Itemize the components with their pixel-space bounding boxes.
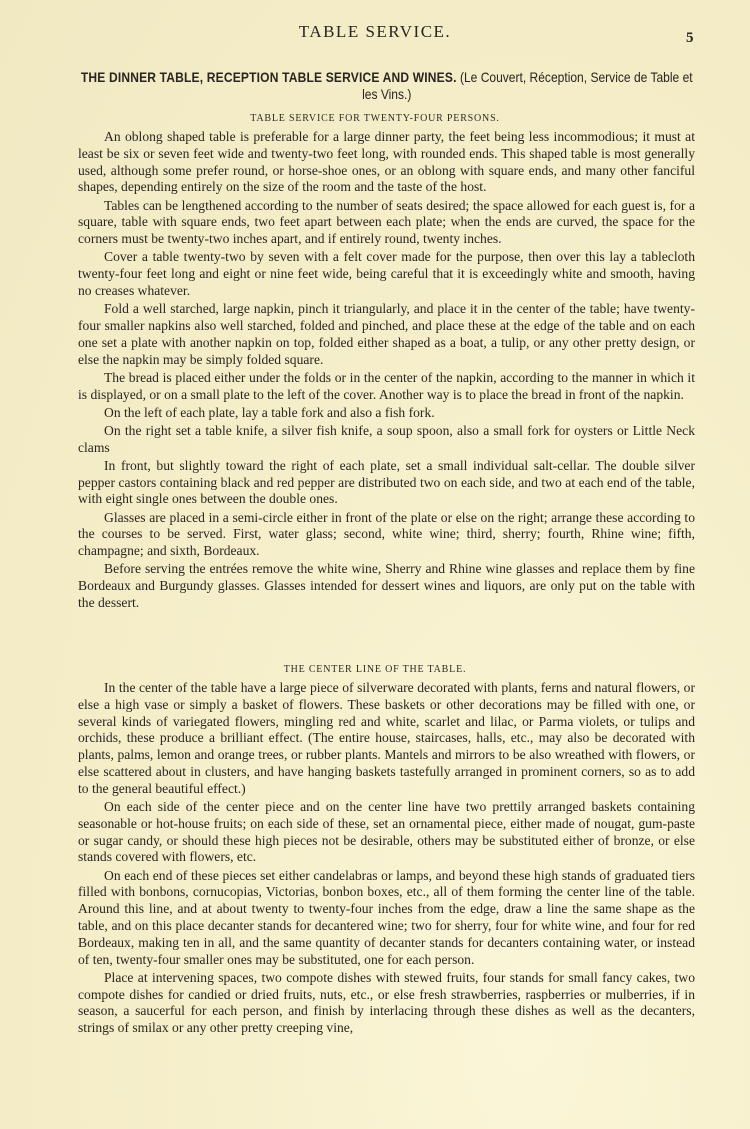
paragraph: On each side of the center piece and on …: [78, 799, 695, 866]
page-number: 5: [686, 30, 694, 47]
paragraph: Cover a table twenty-two by seven with a…: [78, 249, 695, 299]
chapter-title-main: THE DINNER TABLE, RECEPTION TABLE SERVIC…: [81, 69, 457, 85]
paragraph: Tables can be lengthened according to th…: [78, 198, 695, 248]
paragraph: In the center of the table have a large …: [78, 680, 695, 798]
paragraph: Glasses are placed in a semi-circle eith…: [78, 510, 695, 560]
paragraph: Place at intervening spaces, two compote…: [78, 970, 695, 1037]
chapter-title: THE DINNER TABLE, RECEPTION TABLE SERVIC…: [78, 69, 695, 103]
section-heading-table-service: TABLE SERVICE FOR TWENTY-FOUR PERSONS.: [0, 113, 750, 124]
section-heading-center-line: THE CENTER LINE OF THE TABLE.: [0, 664, 750, 675]
paragraph: In front, but slightly toward the right …: [78, 458, 695, 508]
paragraph: On the right set a table knife, a silver…: [78, 423, 695, 457]
section-body-table-service: An oblong shaped table is preferable for…: [78, 129, 695, 613]
paragraph: The bread is placed either under the fol…: [78, 370, 695, 404]
paragraph: Before serving the entrées remove the wh…: [78, 561, 695, 611]
paragraph: An oblong shaped table is preferable for…: [78, 129, 695, 196]
running-head: TABLE SERVICE.: [0, 22, 750, 42]
paragraph: Fold a well starched, large napkin, pinc…: [78, 301, 695, 368]
paragraph: On the left of each plate, lay a table f…: [78, 405, 695, 422]
section-body-center-line: In the center of the table have a large …: [78, 680, 695, 1038]
paragraph: On each end of these pieces set either c…: [78, 868, 695, 969]
